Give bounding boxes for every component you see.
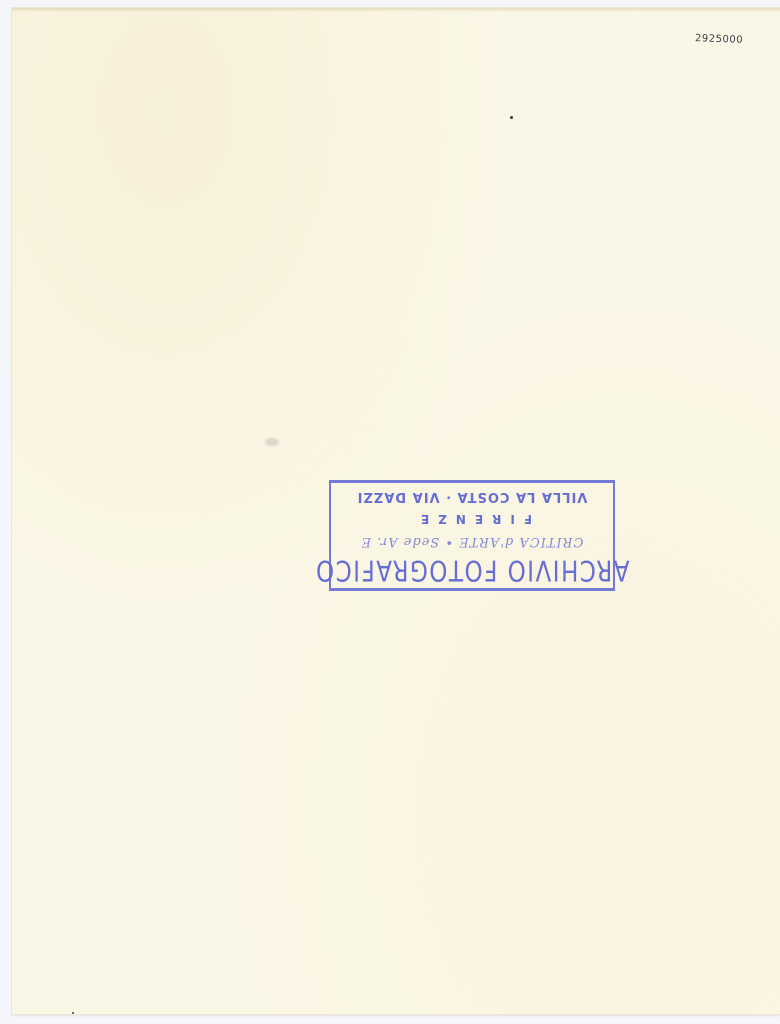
scan-background: 2925000 ARCHIVIO FOTOGRAFICO CRITICA d'A… [0,0,780,1024]
stamp-address: VILLA LA COSTA · VIA DAZZI [357,489,588,504]
archive-stamp: ARCHIVIO FOTOGRAFICO CRITICA d'ARTE • Se… [329,480,615,591]
stamp-subtitle: CRITICA d'ARTE • Sede Ar. E [361,534,584,549]
stamp-title: ARCHIVIO FOTOGRAFICO [315,554,630,583]
photo-verso-sheet: 2925000 ARCHIVIO FOTOGRAFICO CRITICA d'A… [12,8,780,1014]
paper-speck [510,116,513,119]
paper-speck [72,1012,74,1014]
stamp-city: FIRENZE [412,512,532,526]
handwritten-catalog-number: 2925000 [695,33,743,46]
paper-smudge [265,438,279,446]
